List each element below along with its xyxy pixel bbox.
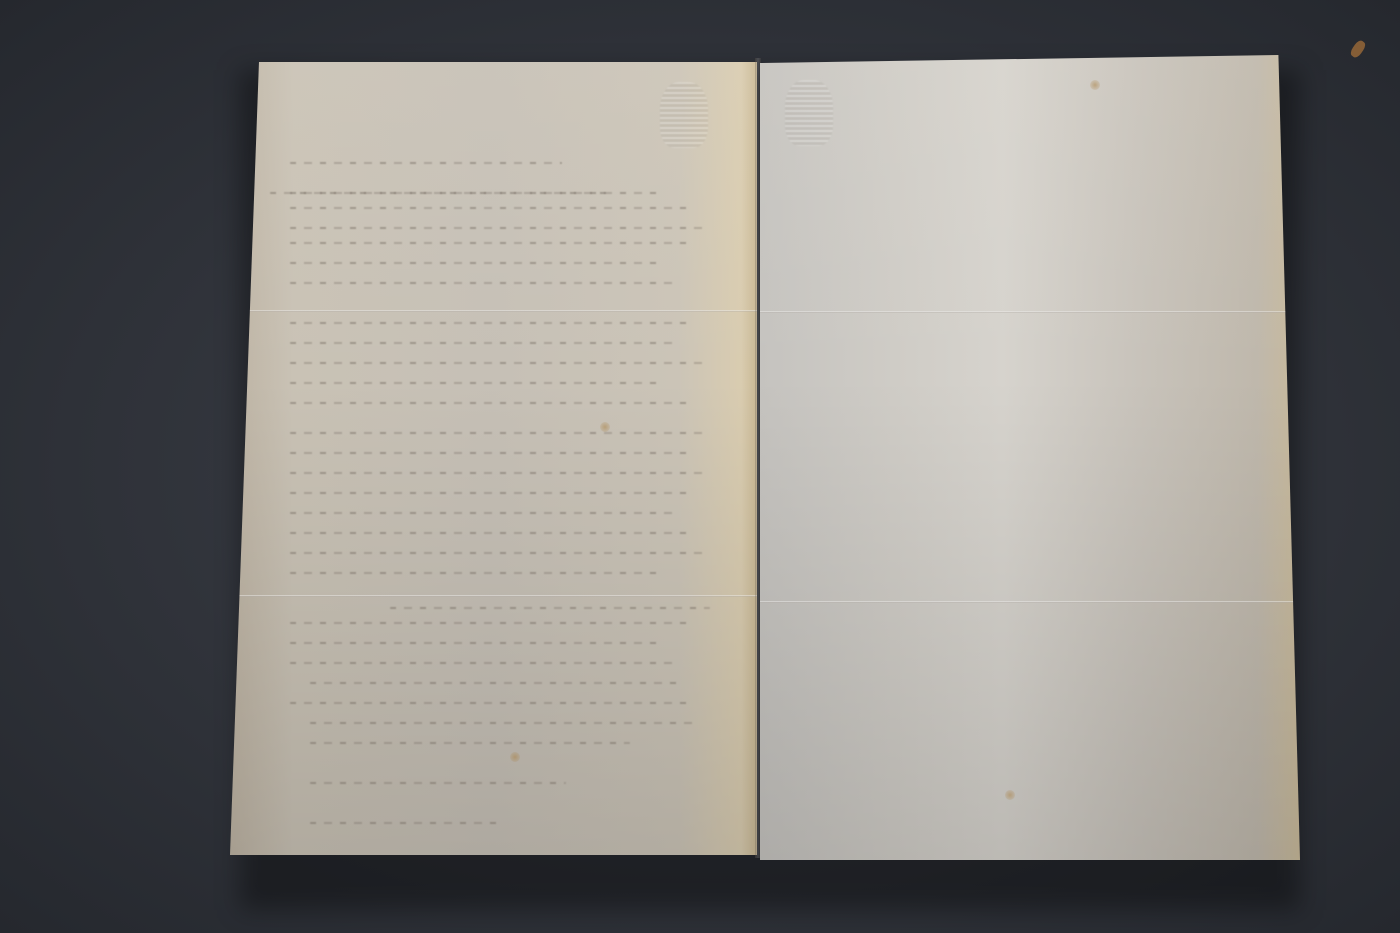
handwriting-stroke	[310, 722, 694, 724]
handwriting-stroke	[290, 512, 674, 514]
handwriting-stroke	[290, 532, 690, 534]
handwriting-stroke	[310, 822, 502, 824]
handwriting-stroke	[290, 282, 674, 284]
handwriting-stroke	[290, 342, 674, 344]
right-page	[760, 55, 1300, 860]
handwriting-stroke	[310, 782, 566, 784]
fold-line	[760, 601, 1300, 603]
handwriting-stroke	[290, 552, 706, 554]
handwriting-stroke	[290, 162, 562, 164]
embossed-crest-icon	[660, 82, 708, 148]
handwriting-stroke	[290, 432, 706, 434]
foxing-stain	[1090, 80, 1100, 90]
handwriting-stroke	[390, 607, 710, 609]
handwriting-stroke	[290, 402, 690, 404]
handwriting-stroke	[290, 362, 706, 364]
handwriting-stroke	[290, 227, 706, 229]
debris-speck	[1349, 39, 1368, 59]
handwriting-stroke	[290, 207, 690, 209]
handwriting-stroke	[290, 622, 690, 624]
handwriting-stroke	[310, 742, 630, 744]
fold-line	[230, 595, 757, 597]
handwriting-stroke	[290, 452, 690, 454]
handwriting-stroke	[290, 642, 658, 644]
fold-line	[760, 311, 1300, 313]
handwriting-stroke	[290, 262, 658, 264]
foxing-stain	[600, 422, 610, 432]
foxing-stain	[1005, 790, 1015, 800]
handwriting-stroke	[290, 382, 658, 384]
handwriting-stroke	[310, 682, 678, 684]
handwriting-stroke	[290, 702, 690, 704]
handwriting-stroke	[290, 662, 674, 664]
handwriting-stroke	[290, 192, 658, 194]
handwriting-stroke	[290, 322, 690, 324]
fold-line	[230, 310, 757, 312]
handwriting-stroke	[290, 492, 690, 494]
embossed-crest-icon	[785, 80, 833, 146]
handwriting-stroke	[290, 572, 658, 574]
foxing-stain	[510, 752, 520, 762]
handwriting-stroke	[290, 472, 706, 474]
handwriting-stroke	[290, 242, 690, 244]
left-page	[230, 62, 757, 855]
